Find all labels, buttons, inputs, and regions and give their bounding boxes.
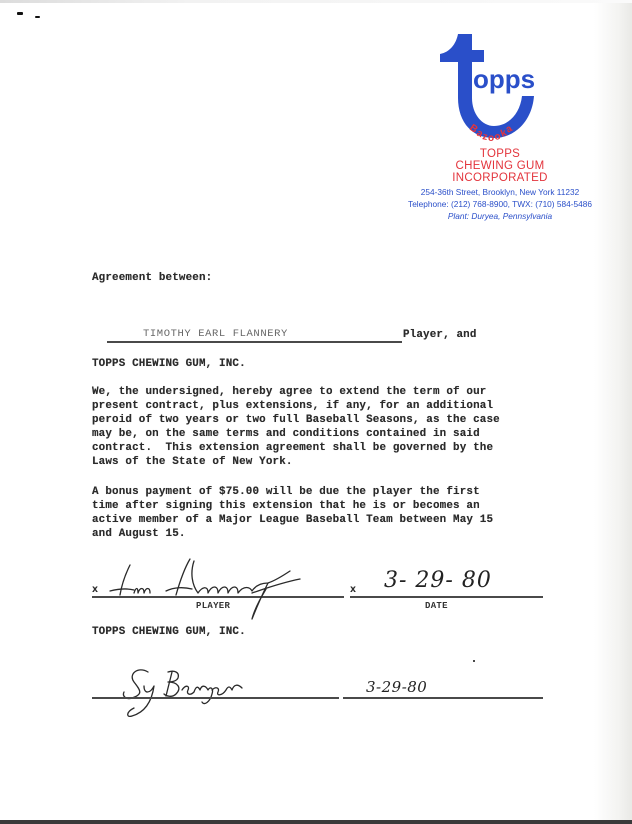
company-party: TOPPS CHEWING GUM, INC. [92,358,246,371]
agreement-heading: Agreement between: [92,272,212,285]
paragraph-line: active member of a Major League Baseball… [92,514,493,527]
company-date-handwritten: 3-29-80 [366,678,427,696]
date-caption: DATE [425,601,448,611]
company-signer-signature [118,660,258,720]
company-name-line-2: CHEWING GUM [400,160,600,173]
paragraph-line: A bonus payment of $75.00 will be due th… [92,486,480,499]
scan-top-edge [0,0,632,3]
player-date-handwritten: 3- 29- 80 [384,568,492,593]
player-caption: PLAYER [196,601,230,611]
company-name-line-3: INCORPORATED [400,172,600,185]
company-telephone: Telephone: (212) 768-8900, TWX: (710) 58… [400,198,600,210]
paragraph-line: contract. This extension agreement shall… [92,442,493,455]
paragraph-line: We, the undersigned, hereby agree to ext… [92,386,486,399]
topps-t-logo-icon: opps B a z o o k a [436,32,546,144]
company-address: 254-36th Street, Brooklyn, New York 1123… [400,186,600,198]
player-signature [104,555,304,625]
plant-location: Plant: Duryea, Pennsylvania [400,210,600,222]
company-signature-line [92,697,339,699]
company-name-line-1: TOPPS [400,148,600,161]
company-date-line [343,697,543,699]
scan-speck [473,660,475,662]
scan-mark [35,16,40,18]
paragraph-line: may be, on the same terms and conditions… [92,428,480,441]
paragraph-line: Laws of the State of New York. [92,456,293,469]
paragraph-line: peroid of two years or two full Baseball… [92,414,500,427]
paragraph-line: present contract, plus extensions, if an… [92,400,493,413]
player-name: TIMOTHY EARL FLANNERY [143,328,288,340]
paragraph-line: and August 15. [92,528,186,541]
player-suffix: Player, and [403,329,477,342]
player-name-rule [107,341,402,343]
company-signature-label: TOPPS CHEWING GUM, INC. [92,626,246,639]
scan-bottom-edge [0,820,632,824]
svg-text:opps: opps [473,64,535,94]
scan-mark [17,12,23,15]
contract-page: opps B a z o o k a Bazooka TOPPS CHEWING… [0,0,632,824]
paragraph-line: time after signing this extension that h… [92,500,480,513]
date-line [350,596,543,598]
